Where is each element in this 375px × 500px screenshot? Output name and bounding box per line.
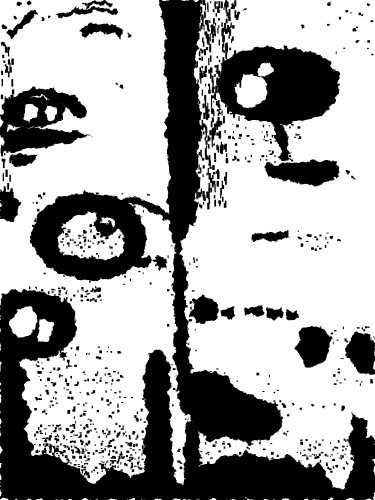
ink-speck-dot [300,407,303,410]
ink-speck-dot [292,403,295,406]
ink-speck-dot [341,406,345,410]
centerline-dash-left-b [158,262,167,270]
ink-speck-dot [312,404,315,407]
midright-row-dash-4 [287,311,298,320]
ink-speck-dot [2,25,7,30]
midright-row-dash-2 [244,306,263,315]
ink-speck-dot [299,237,302,240]
ink-speck-dot [356,40,359,43]
ink-speck-dot [330,237,333,240]
ink-speck-dot [121,86,124,89]
ink-speck-dot [154,259,158,263]
birch-bark-canvas [0,0,375,500]
ink-speck-dot [14,17,17,20]
ink-speck-dot [352,176,355,179]
ink-speck-dot [322,406,325,409]
ink-speck-dot [17,2,22,7]
ink-speck-dot [27,1,31,5]
ink-speck-dot [127,33,131,37]
ink-speck-dot [244,8,247,11]
ink-speck-dot [116,83,119,86]
ink-speck-dot [334,403,337,406]
ink-speck-dot [327,2,331,6]
ink-speck-dot [1,43,5,47]
midright-row-dash-3 [266,308,283,319]
ink-speck-dot [302,26,305,29]
ink-speck-dot [42,18,45,21]
ink-speck-dot [282,404,286,408]
ink-speck-dot [338,240,341,243]
ink-speck-dot [346,170,350,174]
birch-bark-threshold-photo [0,0,375,500]
ink-speck-dot [353,29,356,32]
ink-speck-dot [48,16,51,19]
ink-speck-dot [360,13,363,16]
ink-speck-dot [60,352,66,358]
